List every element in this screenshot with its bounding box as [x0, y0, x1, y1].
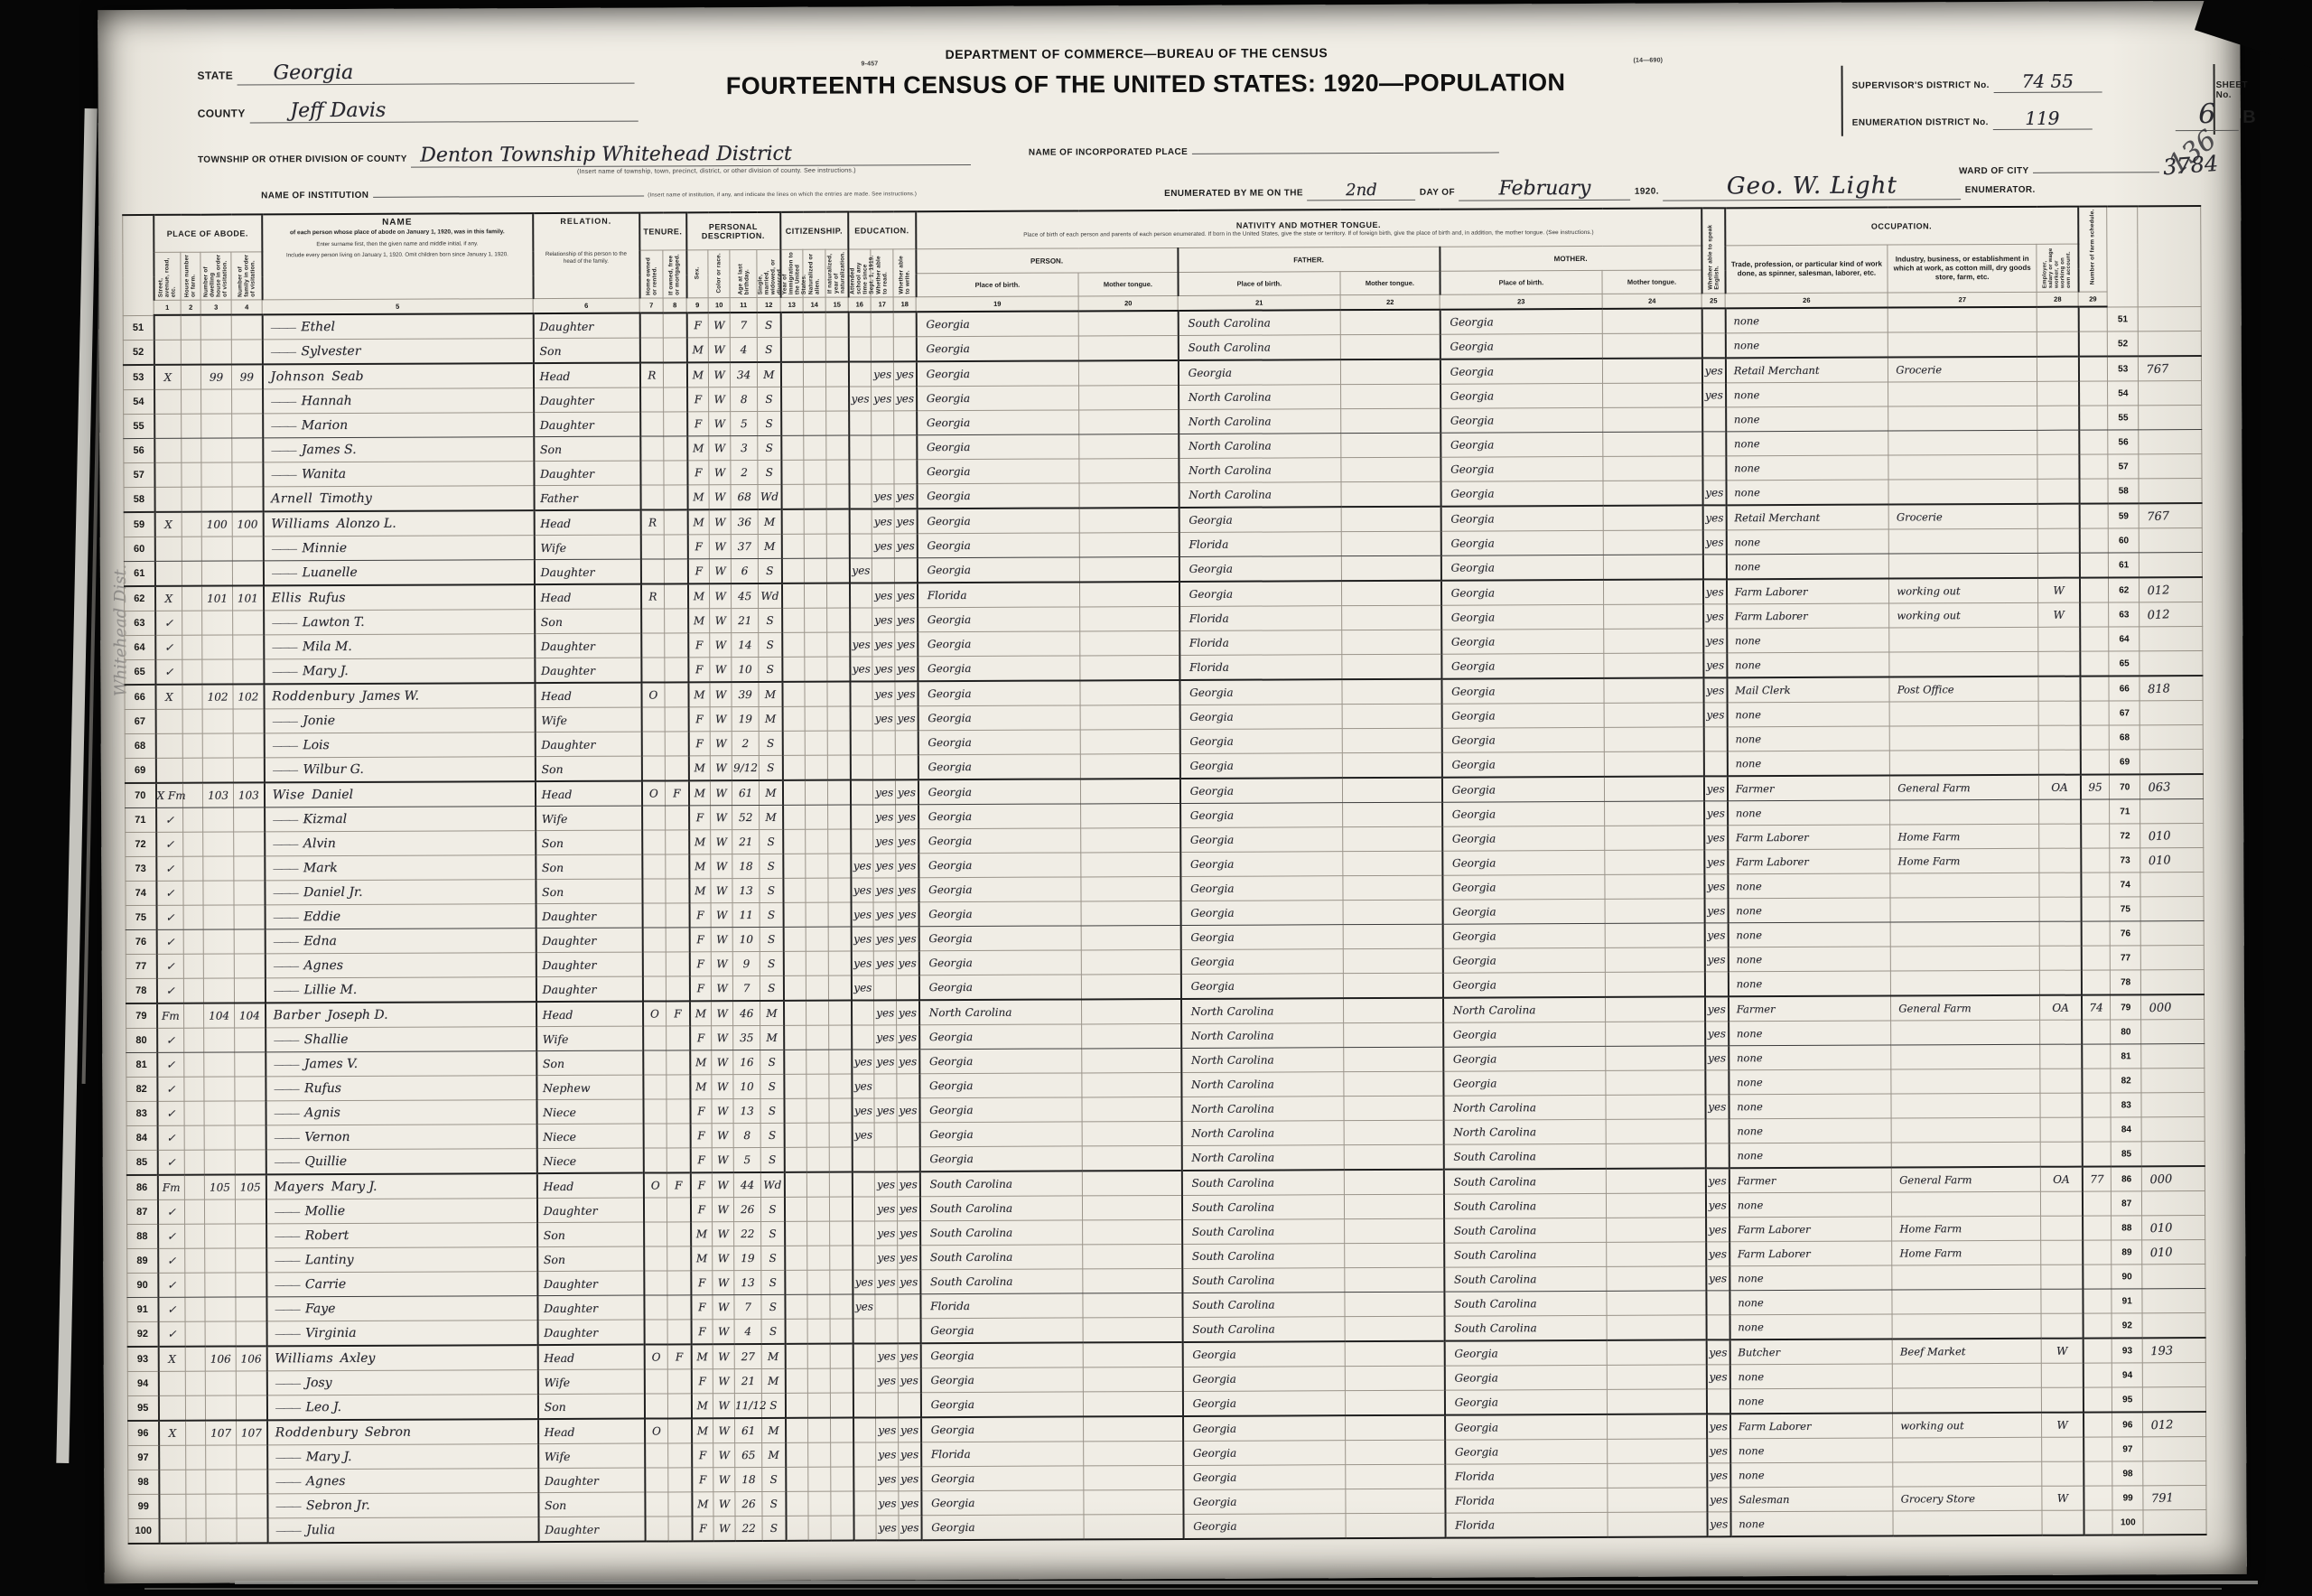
cell-name: Lantiny [266, 1247, 537, 1273]
cell-dw [205, 1297, 236, 1321]
cell-occ: none [1727, 554, 1889, 579]
cell-bft [1342, 581, 1441, 606]
cell-name: Jonie [264, 708, 535, 733]
cell-mar: S [760, 976, 783, 1002]
line-number-right: 71 [2110, 799, 2140, 824]
cell-sex: M [687, 510, 709, 536]
cell-bp: Florida [921, 1442, 1084, 1467]
column-marital-status: Single, married, widowed, or divorced. [757, 249, 780, 297]
cell-emp [2037, 504, 2079, 529]
cell-read: yes [872, 608, 895, 632]
cell-nat [804, 460, 826, 484]
cell-read: yes [875, 1246, 898, 1270]
cell-own [639, 313, 663, 339]
cell-dw [200, 315, 231, 341]
cell-mark: ✓ [158, 1322, 185, 1348]
cell-bmt [1605, 777, 1704, 802]
cell-eng [1705, 1070, 1729, 1095]
cell-eng: yes [1703, 604, 1727, 629]
cell-sch: yes [851, 878, 873, 902]
cell-imm [785, 1222, 807, 1246]
cell-emp: W [2038, 578, 2080, 603]
cell-mar: S [762, 1492, 786, 1517]
cell-dw [206, 1445, 237, 1470]
cell-bft [1341, 532, 1440, 556]
margin-code [2139, 453, 2203, 481]
cell-name: James S. [263, 437, 534, 462]
cell-eng [1701, 309, 1725, 334]
cell-emp [2040, 1020, 2082, 1044]
cell-house [181, 315, 200, 341]
cell-bp: South Carolina [920, 1245, 1083, 1270]
cell-age: 65 [735, 1443, 762, 1468]
cell-mar: S [757, 338, 780, 363]
cell-bmt [1604, 604, 1703, 629]
cell-write [894, 411, 917, 435]
cell-occ: Farm Laborer [1729, 1217, 1892, 1242]
cell-bmt [1605, 826, 1704, 850]
cell-eng: yes [1702, 359, 1726, 384]
cell-fam [234, 929, 265, 954]
cell-bt [1080, 582, 1179, 607]
cell-write: yes [898, 1344, 920, 1369]
cell-occ: Farm Laborer [1730, 1414, 1893, 1439]
cell-rel: Son [536, 854, 642, 880]
cell-bp: Georgia [918, 705, 1080, 731]
cell-ind: Post Office [1889, 677, 2038, 702]
state-label: STATE [197, 70, 233, 82]
cell-sch [850, 706, 872, 731]
cell-bmp: Georgia [1444, 1340, 1607, 1366]
cell-bfp: Georgia [1182, 1341, 1345, 1367]
cell-write: yes [897, 1025, 919, 1050]
cell-dw [203, 978, 234, 1003]
cell-bt [1082, 1024, 1181, 1049]
cell-occ: Farmer [1728, 776, 1890, 801]
cell-bp: South Carolina [919, 1171, 1082, 1197]
cell-emp [2040, 1093, 2082, 1117]
cell-bmt [1607, 1193, 1706, 1218]
cell-imm [782, 658, 805, 683]
cell-bft [1343, 827, 1442, 852]
margin-code [2141, 1116, 2205, 1143]
cell-eng: yes [1703, 703, 1727, 727]
cell-natyr [830, 1294, 853, 1319]
cell-emp [2037, 307, 2078, 332]
line-number-right: 74 [2110, 873, 2140, 897]
cell-ind [1891, 1069, 2040, 1095]
cell-name: Ethel [262, 313, 533, 340]
cell-imm [783, 780, 806, 806]
cell-age: 36 [731, 509, 758, 535]
cell-occ: none [1726, 529, 1888, 555]
cell-mar: S [760, 928, 783, 952]
cell-race: W [713, 1222, 734, 1246]
cell-bft [1341, 434, 1440, 458]
line-number-left: 97 [128, 1446, 159, 1470]
cell-bt [1080, 730, 1179, 754]
margin-code [2140, 920, 2205, 947]
margin-code [2141, 1092, 2205, 1119]
cell-bp: Georgia [918, 730, 1080, 755]
cell-imm [786, 1492, 808, 1517]
cell-dw [204, 1077, 235, 1101]
cell-sch: yes [851, 951, 873, 975]
cell-imm [786, 1443, 808, 1468]
cell-emp [2041, 1240, 2083, 1265]
cell-write: yes [896, 780, 918, 806]
cell-dw [204, 1199, 235, 1224]
cell-emp [2038, 651, 2080, 677]
cell-occ: none [1725, 332, 1888, 358]
cell-fm: F [667, 1002, 690, 1027]
cell-mark: Fm [157, 1175, 184, 1200]
cell-own [640, 436, 664, 461]
cell-bmt [1603, 359, 1702, 384]
cell-eng: yes [1707, 1512, 1730, 1537]
cell-bp: Georgia [921, 1417, 1084, 1442]
institution-label: NAME OF INSTITUTION [261, 191, 368, 201]
cell-read [875, 1319, 898, 1344]
cell-bft [1344, 1048, 1443, 1072]
cell-emp [2041, 1216, 2083, 1240]
cell-bmt [1608, 1463, 1707, 1488]
cell-bmt [1605, 899, 1704, 923]
cell-fv [2082, 1069, 2111, 1093]
cell-read: yes [876, 1491, 899, 1516]
cell-race: W [713, 1443, 735, 1468]
cell-nat [807, 1319, 830, 1344]
cell-bfp: South Carolina [1182, 1317, 1345, 1342]
line-number-right: 53 [2108, 357, 2139, 382]
margin-code [2138, 380, 2202, 407]
cell-nat [805, 657, 827, 682]
line-number-left: 60 [124, 537, 154, 562]
enumerated-prefix: ENUMERATED BY ME ON THE [1164, 188, 1303, 199]
cell-imm [781, 387, 804, 412]
cell-ind [1890, 800, 2039, 826]
cell-fv [2082, 1020, 2111, 1044]
cell-fv [2084, 1413, 2112, 1438]
cell-bp: Georgia [918, 754, 1080, 779]
cell-mark: ✓ [157, 1200, 184, 1225]
cell-write: yes [899, 1442, 921, 1467]
cell-nat [805, 682, 827, 707]
cell-mark: ✓ [156, 930, 183, 955]
cell-dw [201, 487, 232, 512]
cell-natyr [831, 1516, 853, 1541]
cell-house [186, 1470, 206, 1495]
cell-ind: working out [1889, 578, 2038, 603]
cell-bfp: North Carolina [1179, 434, 1341, 459]
cell-imm [782, 756, 805, 781]
cell-mark [154, 439, 182, 463]
cell-dw [205, 1321, 236, 1347]
margin-code [2142, 1436, 2206, 1463]
cell-sex: M [688, 683, 710, 708]
line-number-left: 98 [128, 1470, 159, 1495]
cell-bft [1345, 1244, 1444, 1268]
column-number: 20 [1078, 296, 1178, 312]
cell-sch [853, 1442, 876, 1467]
cell-bft [1342, 729, 1441, 753]
cell-bft [1342, 606, 1441, 630]
cell-read [872, 558, 894, 583]
cell-natyr [827, 632, 850, 657]
cell-age: 22 [734, 1222, 761, 1246]
cell-emp: W [2038, 602, 2080, 627]
cell-rel: Son [537, 1394, 644, 1419]
cell-bft [1343, 803, 1442, 827]
cell-race: W [713, 1344, 734, 1369]
cell-house [182, 463, 201, 488]
cell-fm [666, 854, 689, 879]
cell-mar: Wd [760, 1172, 784, 1198]
cell-age: 21 [732, 609, 759, 633]
cell-eng: yes [1706, 1242, 1729, 1266]
cell-bp: Georgia [919, 975, 1082, 1000]
cell-sch: yes [852, 975, 874, 1001]
cell-bmp: North Carolina [1443, 1120, 1606, 1145]
cell-bft [1346, 1489, 1445, 1514]
cell-fv [2081, 873, 2110, 897]
cell-fam [234, 905, 265, 929]
cell-race: W [710, 732, 732, 756]
cell-fam: 107 [237, 1421, 267, 1446]
cell-dw: 101 [201, 586, 232, 611]
cell-bmp: South Carolina [1444, 1243, 1607, 1268]
margin-code: 010 [2141, 1215, 2205, 1242]
cell-mar: S [758, 412, 781, 436]
cell-natyr [828, 805, 851, 829]
cell-dw [205, 1395, 236, 1421]
cell-read: yes [872, 657, 895, 682]
cell-nat [805, 706, 827, 731]
cell-bmt [1604, 629, 1703, 653]
cell-race: W [709, 461, 731, 485]
cell-race: W [711, 976, 732, 1002]
cell-bfp: South Carolina [1182, 1293, 1345, 1318]
cell-bfp: Georgia [1182, 1367, 1345, 1392]
cell-occ: Butcher [1729, 1339, 1892, 1365]
cell-bmt [1608, 1439, 1707, 1463]
cell-bmt [1607, 1315, 1706, 1340]
cell-natyr [829, 1074, 852, 1098]
cell-mar: S [760, 830, 783, 854]
cell-house [186, 1519, 206, 1545]
cell-bp: North Carolina [919, 1000, 1082, 1025]
line-number-right: 85 [2111, 1142, 2141, 1167]
cell-imm [783, 952, 806, 976]
cell-age: 13 [732, 879, 760, 903]
cell-bfp: South Carolina [1182, 1195, 1345, 1220]
film-bottom-streak [235, 1581, 2258, 1584]
cell-bt [1082, 999, 1181, 1024]
line-number-left: 78 [126, 979, 156, 1004]
cell-bp: Georgia [921, 1490, 1084, 1516]
cell-fam [235, 1199, 266, 1224]
line-number-left: 95 [127, 1396, 158, 1422]
cell-write: yes [896, 854, 918, 878]
cell-mark: ✓ [155, 636, 182, 660]
cell-age: 3 [731, 436, 758, 461]
column-sex: Sex. [686, 250, 708, 298]
cell-occ: Mail Clerk [1727, 677, 1889, 703]
cell-ind: Home Farm [1890, 825, 2039, 850]
cell-bp: Georgia [917, 361, 1079, 387]
cell-age: 22 [735, 1517, 762, 1542]
cell-occ: none [1729, 1069, 1891, 1095]
cell-fam [237, 1518, 267, 1544]
cell-rel: Wife [538, 1443, 645, 1469]
cell-own: O [641, 781, 665, 807]
cell-fam [236, 1321, 266, 1347]
cell-race: W [708, 362, 730, 387]
cell-occ: none [1728, 873, 1890, 899]
cell-natyr [829, 1025, 852, 1050]
cell-age: 18 [735, 1468, 762, 1492]
cell-occ: none [1729, 1094, 1891, 1119]
cell-ind [1893, 1462, 2042, 1488]
cell-sex: F [690, 1148, 712, 1173]
cell-read [872, 435, 894, 460]
cell-fm [667, 1148, 690, 1173]
cell-fam: 104 [235, 1003, 266, 1029]
cell-bmp: Georgia [1442, 802, 1605, 827]
cell-bt [1079, 434, 1179, 459]
cell-rel: Father [534, 485, 640, 510]
cell-sex: M [689, 879, 711, 903]
cell-sex: M [690, 1075, 712, 1099]
cell-bft [1342, 655, 1441, 680]
margin-code [2140, 700, 2204, 727]
cell-bt [1083, 1318, 1182, 1343]
cell-sch: yes [852, 1098, 874, 1123]
cell-fv [2080, 553, 2109, 578]
cell-occ: none [1729, 1290, 1892, 1315]
cell-sex: F [687, 535, 709, 559]
cell-sex: F [692, 1468, 713, 1492]
cell-write: yes [898, 1197, 920, 1221]
cell-mark: ✓ [157, 1126, 184, 1151]
cell-house [182, 537, 201, 562]
cell-age: 10 [733, 1075, 760, 1099]
cell-fm [668, 1468, 692, 1492]
cell-sch [853, 1393, 876, 1418]
cell-own [639, 338, 663, 363]
cell-mar: S [758, 559, 781, 584]
cell-imm [784, 1026, 806, 1050]
cell-house [182, 488, 201, 513]
cell-rel: Head [534, 510, 640, 536]
cell-read: yes [872, 484, 894, 509]
line-number-right: 94 [2112, 1363, 2143, 1387]
cell-bmp: Georgia [1441, 654, 1604, 679]
cell-ind [1889, 702, 2038, 727]
group-name: NAME of each person whose place of abode… [262, 213, 533, 300]
cell-bmt [1605, 874, 1704, 899]
cell-fm [666, 879, 689, 903]
cell-sex: M [689, 781, 711, 807]
cell-sch [853, 1197, 875, 1221]
cell-natyr [829, 1050, 852, 1074]
cell-mar: S [761, 1271, 785, 1295]
cell-write [894, 435, 917, 460]
margin-code [2140, 872, 2205, 899]
cell-ind: working out [1893, 1413, 2042, 1438]
cell-bft [1345, 1341, 1444, 1367]
cell-sch [849, 484, 872, 509]
cell-mark [159, 1446, 186, 1470]
cell-mar: M [757, 362, 780, 387]
line-number-right: 61 [2109, 553, 2140, 578]
cell-fam [231, 315, 262, 341]
margin-code [2139, 527, 2203, 555]
cell-nat [804, 362, 826, 387]
cell-bfp: Georgia [1183, 1489, 1346, 1515]
state-field: STATE Georgia [197, 61, 634, 86]
cell-own [644, 1222, 667, 1246]
cell-fv [2079, 331, 2108, 357]
cell-occ: none [1725, 308, 1888, 333]
cell-mar: S [762, 1517, 786, 1542]
cell-age: 19 [734, 1246, 761, 1271]
group-occupation: OCCUPATION. [1725, 207, 2078, 246]
cell-age: 6 [731, 559, 758, 584]
margin-code [2141, 1190, 2205, 1218]
column-number: 26 [1725, 293, 1888, 308]
cell-fm [665, 584, 688, 610]
cell-eng: yes [1707, 1414, 1730, 1440]
cell-write [895, 731, 918, 755]
cell-bmp: Georgia [1442, 851, 1605, 876]
line-number-right: 83 [2111, 1093, 2141, 1117]
cell-sch: yes [849, 558, 872, 583]
cell-fam: 101 [232, 586, 263, 611]
cell-natyr [831, 1491, 853, 1516]
cell-bmp: Georgia [1441, 728, 1604, 753]
cell-natyr [828, 902, 851, 927]
group-relation: RELATION. Relationship of this person to… [533, 213, 639, 299]
cell-eng [1701, 333, 1725, 359]
column-number: 29 [2078, 292, 2107, 307]
cell-age: 35 [733, 1026, 760, 1050]
cell-mark [155, 734, 182, 759]
cell-natyr [828, 951, 851, 975]
cell-rel: Head [536, 1173, 643, 1199]
cell-imm [781, 362, 804, 387]
cell-fm [664, 387, 687, 412]
cell-imm [783, 854, 806, 879]
cell-bt [1084, 1515, 1183, 1540]
cell-natyr [831, 1393, 853, 1418]
cell-eng: yes [1705, 997, 1729, 1022]
column-number: 27 [1888, 293, 2037, 308]
margin-code: 012 [2139, 602, 2203, 629]
cell-nat [808, 1491, 831, 1516]
cell-mar: S [760, 1075, 784, 1099]
cell-house [182, 710, 202, 734]
cell-bp: Georgia [917, 483, 1079, 509]
column-number: 9 [686, 298, 708, 313]
cell-occ: none [1728, 898, 1890, 923]
line-number-right: 77 [2110, 946, 2140, 970]
line-number-left: 64 [125, 636, 155, 660]
cell-nat [807, 1294, 830, 1319]
cell-read: yes [876, 1516, 899, 1541]
line-number-right: 52 [2108, 331, 2139, 357]
cell-imm [785, 1271, 807, 1295]
